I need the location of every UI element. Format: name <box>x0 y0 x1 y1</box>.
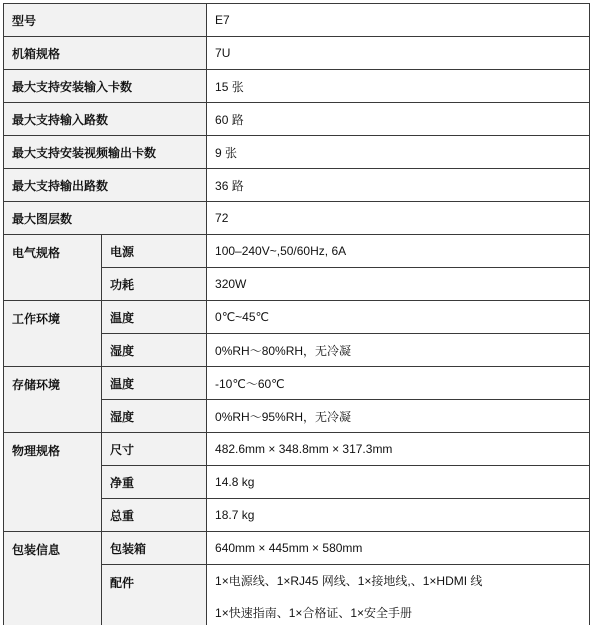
spec-value: -10℃～60℃ <box>207 367 590 400</box>
spec-sublabel: 温度 <box>102 367 207 400</box>
spec-value: 7U <box>207 37 590 70</box>
spec-value: 36 路 <box>207 169 590 202</box>
spec-sublabel: 湿度 <box>102 334 207 367</box>
table-row: 最大支持安装输入卡数 15 张 <box>4 70 590 103</box>
table-row: 型号 E7 <box>4 4 590 37</box>
table-row: 最大支持安装视频输出卡数 9 张 <box>4 136 590 169</box>
spec-value: 482.6mm × 348.8mm × 317.3mm <box>207 433 590 466</box>
group-label-physical: 物理规格 <box>4 433 102 532</box>
spec-sublabel: 包装箱 <box>102 532 207 565</box>
group-label-operating: 工作环境 <box>4 301 102 367</box>
spec-label: 最大支持输入路数 <box>4 103 207 136</box>
accessories-line: 1×快速指南、1×合格证、1×安全手册 <box>215 597 589 625</box>
spec-value: 15 张 <box>207 70 590 103</box>
spec-sublabel: 净重 <box>102 466 207 499</box>
spec-sublabel: 配件 <box>102 565 207 625</box>
spec-value-accessories: 1×电源线、1×RJ45 网线、1×接地线,、1×HDMI 线 1×快速指南、1… <box>207 565 590 625</box>
spec-sublabel: 尺寸 <box>102 433 207 466</box>
spec-value: 0%RH～80%RH，无冷凝 <box>207 334 590 367</box>
spec-value: E7 <box>207 4 590 37</box>
table-row: 物理规格 尺寸 482.6mm × 348.8mm × 317.3mm <box>4 433 590 466</box>
table-row: 最大支持输入路数 60 路 <box>4 103 590 136</box>
spec-value: 100–240V~,50/60Hz, 6A <box>207 235 590 268</box>
table-row: 最大支持输出路数 36 路 <box>4 169 590 202</box>
spec-sublabel: 总重 <box>102 499 207 532</box>
spec-label: 最大支持安装输入卡数 <box>4 70 207 103</box>
table-row: 包装信息 包装箱 640mm × 445mm × 580mm <box>4 532 590 565</box>
spec-label: 最大支持输出路数 <box>4 169 207 202</box>
spec-value: 320W <box>207 268 590 301</box>
spec-label: 最大支持安装视频输出卡数 <box>4 136 207 169</box>
spec-value: 60 路 <box>207 103 590 136</box>
spec-sublabel: 温度 <box>102 301 207 334</box>
spec-sublabel: 湿度 <box>102 400 207 433</box>
group-label-packing: 包装信息 <box>4 532 102 625</box>
table-row: 电气规格 电源 100–240V~,50/60Hz, 6A <box>4 235 590 268</box>
spec-value: 14.8 kg <box>207 466 590 499</box>
table-row: 机箱规格 7U <box>4 37 590 70</box>
table-row: 存储环境 温度 -10℃～60℃ <box>4 367 590 400</box>
spec-label: 最大图层数 <box>4 202 207 235</box>
spec-table: 型号 E7 机箱规格 7U 最大支持安装输入卡数 15 张 最大支持输入路数 6… <box>3 3 590 625</box>
spec-label: 型号 <box>4 4 207 37</box>
table-row: 工作环境 温度 0℃~45℃ <box>4 301 590 334</box>
accessories-line: 1×电源线、1×RJ45 网线、1×接地线,、1×HDMI 线 <box>215 565 589 597</box>
spec-value: 9 张 <box>207 136 590 169</box>
spec-label: 机箱规格 <box>4 37 207 70</box>
table-row: 最大图层数 72 <box>4 202 590 235</box>
spec-value: 640mm × 445mm × 580mm <box>207 532 590 565</box>
spec-sublabel: 电源 <box>102 235 207 268</box>
group-label-storage: 存储环境 <box>4 367 102 433</box>
spec-value: 0℃~45℃ <box>207 301 590 334</box>
spec-value: 0%RH～95%RH，无冷凝 <box>207 400 590 433</box>
group-label-electrical: 电气规格 <box>4 235 102 301</box>
spec-sublabel: 功耗 <box>102 268 207 301</box>
spec-value: 72 <box>207 202 590 235</box>
spec-value: 18.7 kg <box>207 499 590 532</box>
